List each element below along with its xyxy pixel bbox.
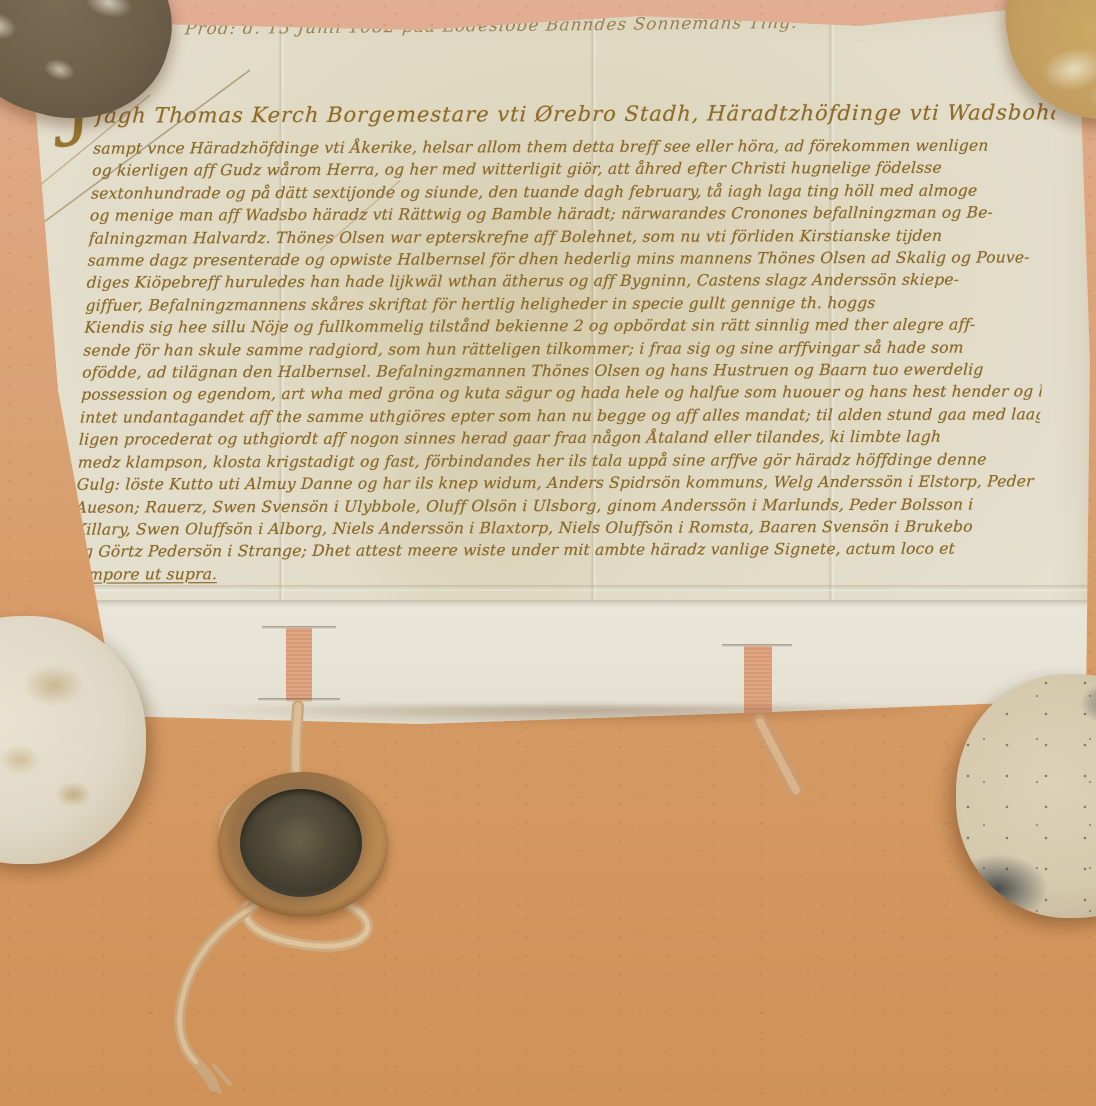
manuscript-line: falningzman Halvardz. Thönes Olsen war e… xyxy=(88,224,1049,250)
manuscript-line: Gulg: löste Kutto uti Almuy Danne og har… xyxy=(76,470,1037,496)
manuscript-line: og kierligen aff Gudz wårom Herra, og he… xyxy=(92,157,1053,183)
manuscript-text-block: Jagh Thomas Kerch Borgemestare vti Ørebr… xyxy=(72,90,1056,585)
manuscript-closing-line: tempore ut supra. xyxy=(72,560,1033,586)
manuscript-line: ligen procederat og uthgiordt aff nogon … xyxy=(78,426,1039,452)
manuscript-line: og menige man aff Wadsbo häradz vti Rätt… xyxy=(89,202,1050,228)
manuscript-line: sende för han skule samme radgiord, som … xyxy=(83,336,1044,362)
parchment-document: Prod: d. 13 Junii 1682 paa Lödeslöbe Ban… xyxy=(0,0,1096,740)
manuscript-line: giffuer, Befalningzmannens skåres skrift… xyxy=(85,291,1046,317)
manuscript-line: diges Kiöpebreff huruledes han hade lijk… xyxy=(86,269,1047,295)
manuscript-line: sampt vnce Häradzhöfdinge vti Åkerike, h… xyxy=(93,134,1054,160)
wax-seal-impression-area xyxy=(240,789,362,897)
manuscript-line: Kiendis sig hee sillu Nöje og fullkommel… xyxy=(84,314,1045,340)
manuscript-line: possession og egendom, art wha med gröna… xyxy=(81,381,1042,407)
fold-crease-horizontal xyxy=(0,585,1096,591)
manuscript-line: og Görtz Pedersön i Strange; Dhet attest… xyxy=(73,538,1034,564)
seal-impression xyxy=(270,815,330,867)
manuscript-line: Killary, Swen Oluffsön i Alborg, Niels A… xyxy=(74,515,1035,541)
manuscript-line: ofödde, ad tilägnan den Halbernsel. Befa… xyxy=(82,358,1043,384)
manuscript-line: medz klampson, klosta krigstadigt og fas… xyxy=(77,448,1038,474)
archival-annotation: Prod: d. 13 Junii 1682 paa Lödeslöbe Ban… xyxy=(184,13,826,40)
manuscript-line: sextonhundrade og på dätt sextijonde og … xyxy=(91,179,1052,205)
photo-scene: Prod: d. 13 Junii 1682 paa Lödeslöbe Ban… xyxy=(0,0,1096,1106)
parchment-shadow xyxy=(90,706,1070,732)
stone-glare-highlight xyxy=(1087,681,1096,736)
wax-seal xyxy=(218,772,388,917)
manuscript-line: intet undantagandet aff the samme uthgiö… xyxy=(80,403,1041,429)
manuscript-line: samme dagz presenterade og opwiste Halbe… xyxy=(87,246,1048,272)
manuscript-line: Jagh Thomas Kerch Borgemestare vti Ørebr… xyxy=(94,90,1056,137)
manuscript-line: Aueson; Rauerz, Swen Svensön i Ulybbole,… xyxy=(75,493,1036,519)
